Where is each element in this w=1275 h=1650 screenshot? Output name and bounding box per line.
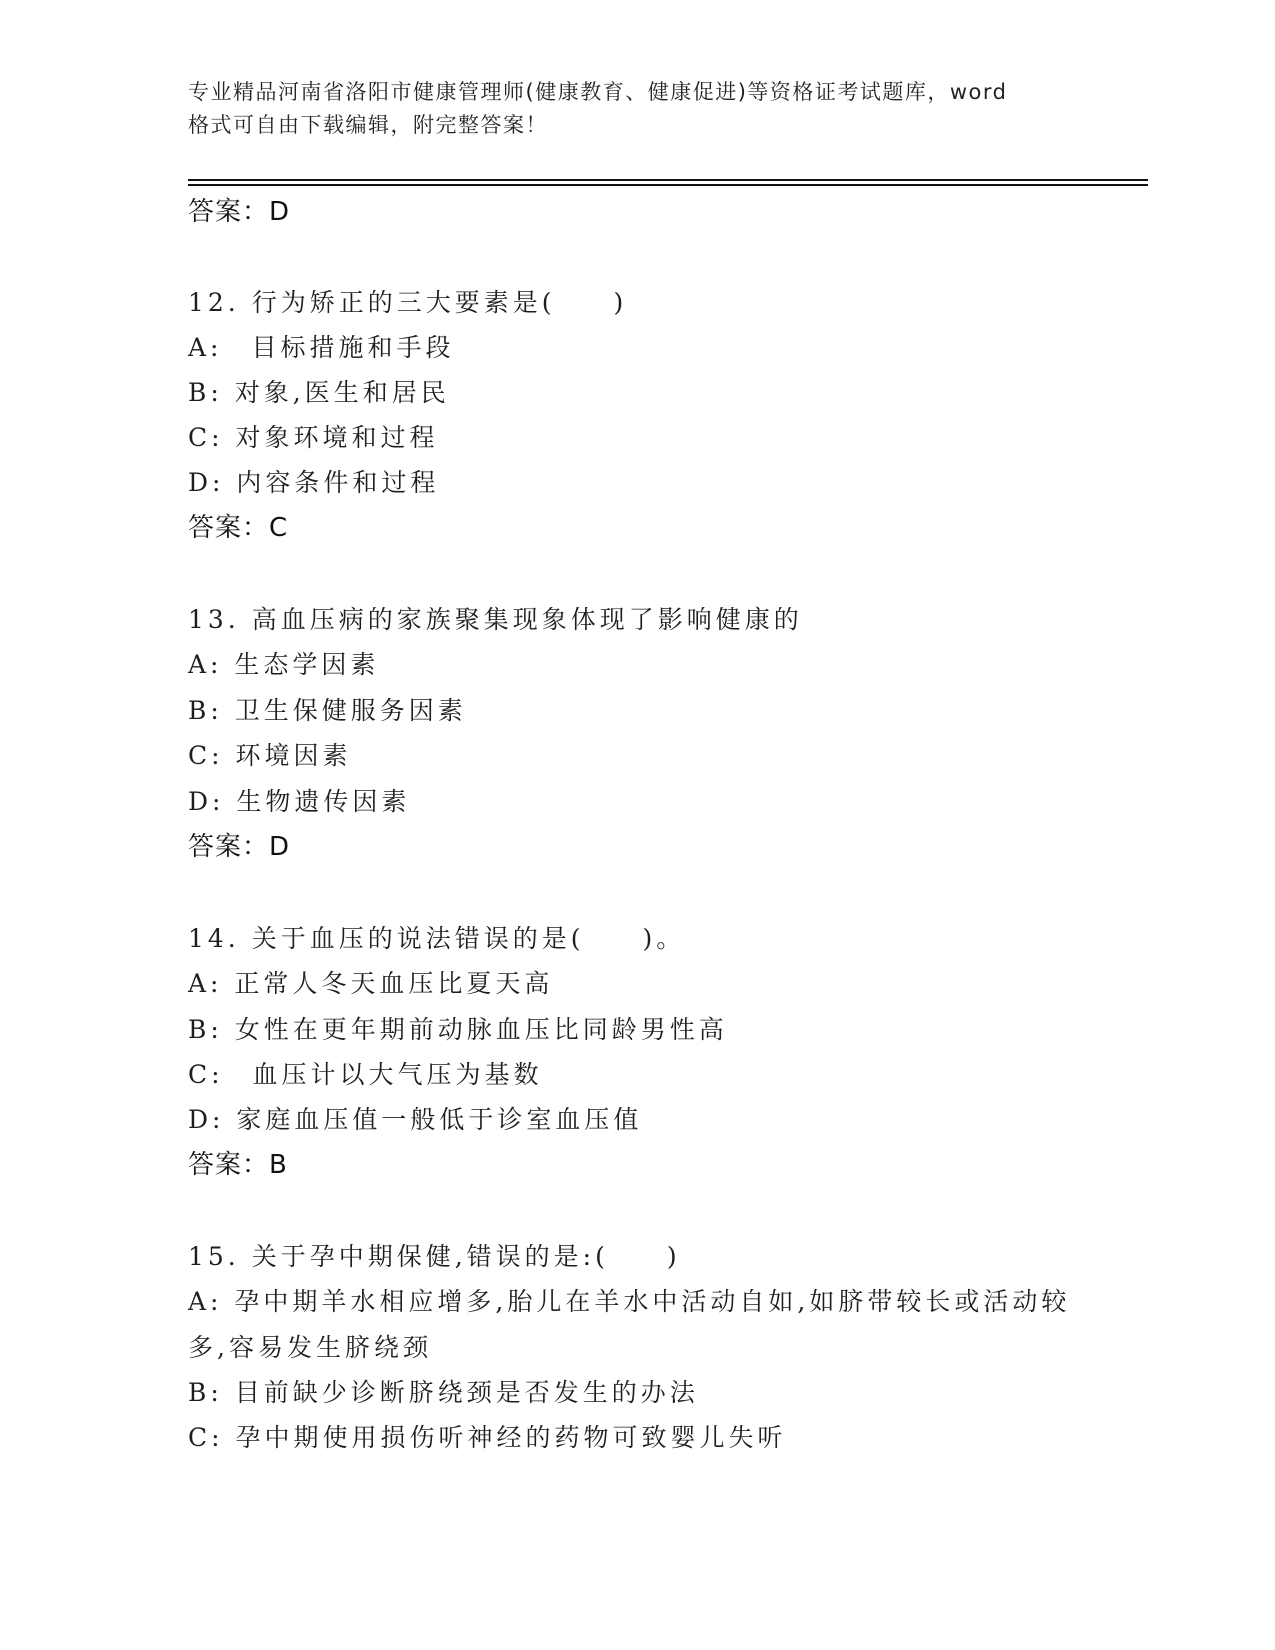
answer: 答案：B: [188, 1147, 288, 1183]
header-rule-bottom: [188, 184, 1148, 186]
answer: 答案：C: [188, 510, 288, 546]
header-line-2: 格式可自由下载编辑，附完整答案！: [188, 109, 1138, 141]
option-c: C: 环境因素: [188, 738, 352, 774]
option-a-continued: 多,容易发生脐绕颈: [188, 1330, 432, 1366]
option-b: B: 卫生保健服务因素: [188, 693, 467, 729]
header-rule-top: [188, 179, 1148, 181]
option-d: D: 家庭血压值一般低于诊室血压值: [188, 1102, 642, 1138]
option-c: C: 对象环境和过程: [188, 420, 439, 456]
question-stem: 12. 行为矫正的三大要素是( ): [188, 285, 627, 321]
answer-previous: 答案：D: [188, 194, 290, 230]
option-c: C: 孕中期使用损伤听神经的药物可致婴儿失听: [188, 1420, 787, 1456]
option-b: B: 女性在更年期前动脉血压比同龄男性高: [188, 1012, 728, 1048]
option-b: B: 对象,医生和居民: [188, 375, 450, 411]
option-d: D: 内容条件和过程: [188, 465, 439, 501]
question-stem: 14. 关于血压的说法错误的是( )。: [188, 921, 685, 957]
option-c: C: 血压计以大气压为基数: [188, 1057, 543, 1093]
option-b: B: 目前缺少诊断脐绕颈是否发生的办法: [188, 1375, 699, 1411]
question-stem: 13. 高血压病的家族聚集现象体现了影响健康的: [188, 602, 803, 638]
answer: 答案：D: [188, 829, 290, 865]
document-page: 专业精品河南省洛阳市健康管理师(健康教育、健康促进)等资格证考试题库，word …: [0, 0, 1275, 1650]
option-a: A: 正常人冬天血压比夏天高: [188, 966, 553, 1002]
question-stem: 15. 关于孕中期保健,错误的是:( ): [188, 1239, 681, 1275]
header-line-1: 专业精品河南省洛阳市健康管理师(健康教育、健康促进)等资格证考试题库，word: [188, 76, 1138, 108]
option-a: A: 生态学因素: [188, 647, 379, 683]
option-a: A: 目标措施和手段: [188, 330, 454, 366]
option-d: D: 生物遗传因素: [188, 784, 410, 820]
option-a: A: 孕中期羊水相应增多,胎儿在羊水中活动自如,如脐带较长或活动较: [188, 1284, 1070, 1320]
